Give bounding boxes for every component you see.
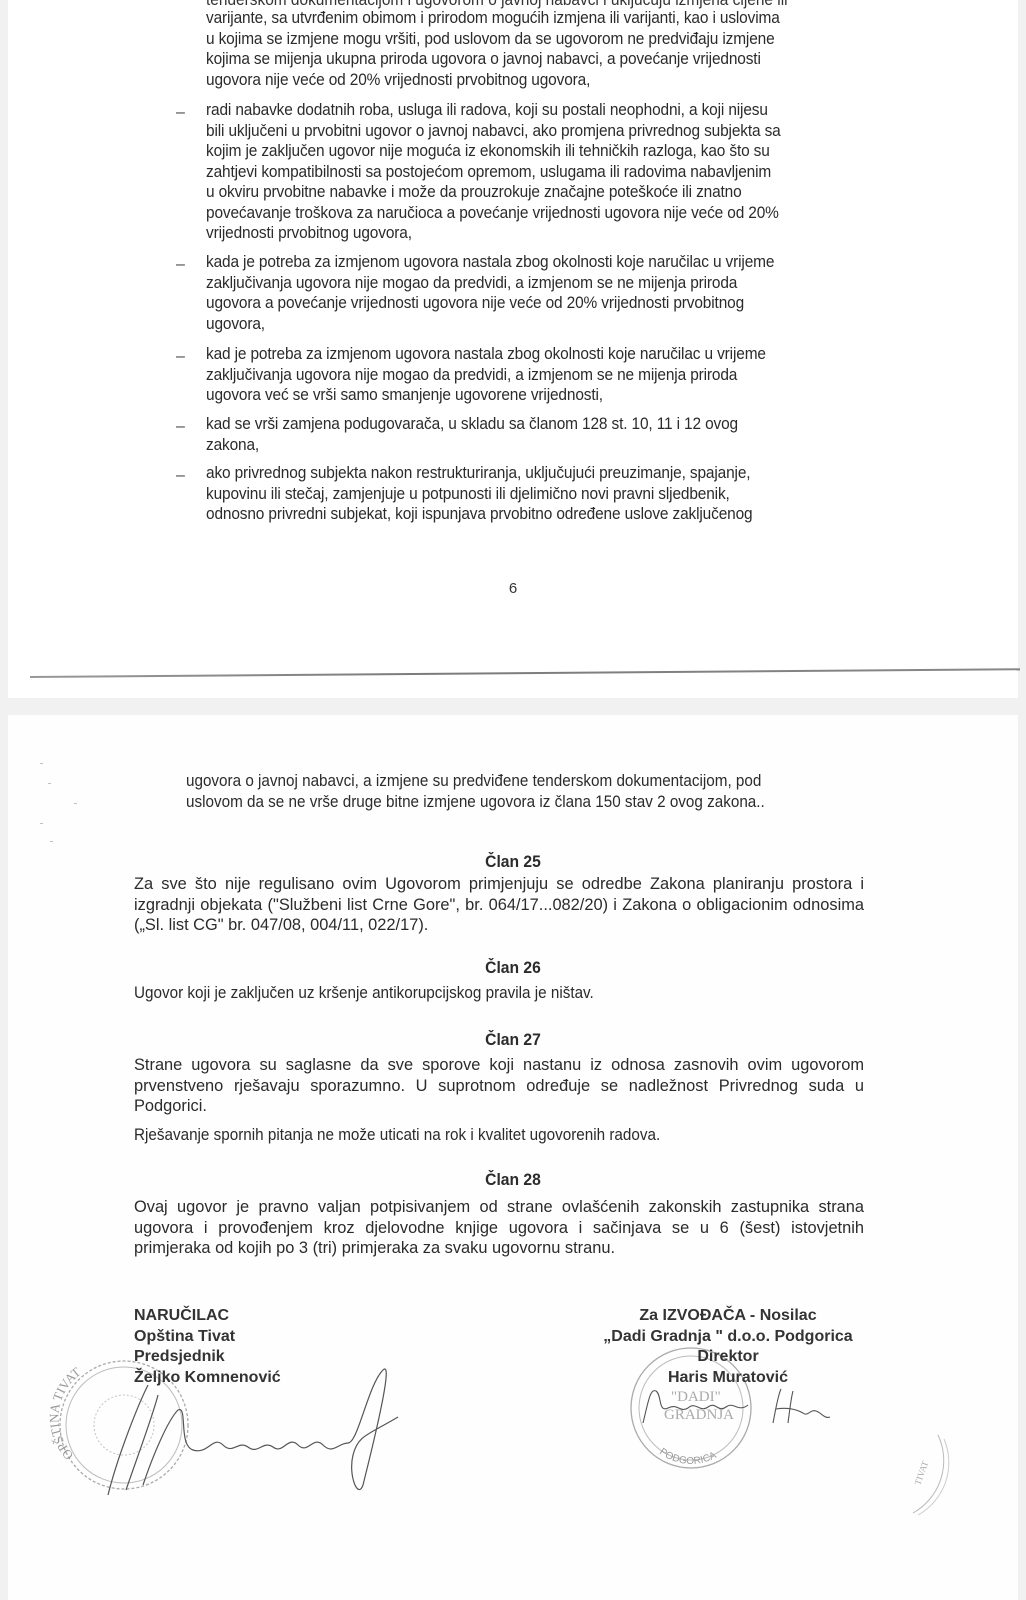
article-paragraph: Ugovor koji je zaključen uz kršenje anti… [134,983,841,1004]
continuation-paragraph: varijante, sa utvrđenim obimom i prirodo… [206,8,857,90]
article-heading: Član 25 [48,852,977,872]
text-line: zahtjevi kompatibilnosti sa postojećom o… [206,162,857,183]
text-line: bili uključeni u prvobitni ugovor o javn… [206,121,857,142]
svg-text:OPŠTINA TIVAT: OPŠTINA TIVAT [46,1364,83,1463]
signatory-role: Za IZVOĐAČA - Nosilac [568,1306,888,1327]
continuation-paragraph: ugovora o javnoj nabavci, a izmjene su p… [186,771,856,812]
text-line: varijante, sa utvrđenim obimom i prirodo… [206,8,857,29]
scan-speck [74,803,77,804]
text-line: ugovora o javnoj nabavci, a izmjene su p… [186,771,856,792]
scan-speck [48,783,51,784]
text-line: kad se vrši zamjena podugovarača, u skla… [206,414,857,435]
text-line: kad je potreba za izmjenom ugovora nasta… [206,344,857,365]
article-heading: Član 28 [48,1170,977,1190]
dash-bullet-marker: – [176,104,185,122]
handwritten-signature-icon [638,1383,838,1433]
svg-text:PODGORICA: PODGORICA [657,1446,718,1467]
scan-speck [40,763,43,764]
scan-speck [50,841,53,842]
scan-speck [40,823,43,824]
text-line: uslovom da se ne vrše druge bitne izmjen… [186,792,856,813]
page-divider-line [30,668,1020,678]
text-line: zakona, [206,435,857,456]
article-paragraph: Rješavanje spornih pitanja ne može utica… [134,1125,841,1146]
text-line: zaključivanja ugovora nije mogao da pred… [206,273,857,294]
text-line: u kojima se izmjene mogu vršiti, pod usl… [206,29,857,50]
handwritten-signature-icon [98,1365,418,1505]
signatory-role: NARUČILAC [134,1306,281,1327]
svg-text:TIVAT: TIVAT [912,1459,930,1486]
text-line: ugovora, [206,314,857,335]
text-line: radi nabavke dodatnih roba, usluga ili r… [206,100,857,121]
text-line: ako privrednog subjekta nakon restruktur… [206,463,857,484]
text-line: zaključivanja ugovora nije mogao da pred… [206,365,857,386]
dash-bullet-marker: – [176,256,185,274]
signatory-organization: Opština Tivat [134,1327,281,1348]
dash-bullet-marker: – [176,348,185,366]
signatory-organization: „Dadi Gradnja " d.o.o. Podgorica [568,1327,888,1348]
bullet-item: kad je potreba za izmjenom ugovora nasta… [206,344,857,406]
document-page-6: tenderskom dokumentacijom i ugovorom o j… [8,0,1018,698]
dash-bullet-marker: – [176,418,185,436]
article-heading: Član 26 [48,958,977,978]
text-line: ugovora već se vrši samo smanjenje ugovo… [206,385,857,406]
article-paragraph: Strane ugovora su saglasne da sve sporov… [134,1055,864,1117]
document-page-7: ugovora o javnoj nabavci, a izmjene su p… [8,715,1018,1600]
text-line: kupovinu ili stečaj, zamjenjuje u potpun… [206,484,857,505]
page-number: 6 [8,580,1018,597]
text-line: kojima se mijenja ukupna priroda ugovora… [206,49,857,70]
signatory-title: Direktor [568,1347,888,1368]
text-line: povećavanje troškova za naručioca a pove… [206,203,857,224]
text-line: vrijednosti prvobitnog ugovora, [206,223,857,244]
text-line: ugovora a povećanje vrijednosti ugovora … [206,293,857,314]
stamp-fragment-icon: TIVAT [908,1435,958,1515]
bullet-item: ako privrednog subjekta nakon restruktur… [206,463,857,525]
text-line: kojim je zaključen ugovor nije moguća iz… [206,141,857,162]
article-heading: Član 27 [48,1030,977,1050]
contractor-signature-block: Za IZVOĐAČA - Nosilac „Dadi Gradnja " d.… [568,1306,888,1388]
text-line: u okviru prvobitne nabavke i može da pro… [206,182,857,203]
bullet-item: radi nabavke dodatnih roba, usluga ili r… [206,100,857,244]
text-line: ugovora nije veće od 20% vrijednosti prv… [206,70,857,91]
article-paragraph: Za sve što nije regulisano ovim Ugovorom… [134,874,864,936]
bullet-item: kad se vrši zamjena podugovarača, u skla… [206,414,857,455]
dash-bullet-marker: – [176,467,185,485]
text-line: kada je potreba za izmjenom ugovora nast… [206,252,857,273]
article-paragraph: Ovaj ugovor je pravno valjan potpisivanj… [134,1197,864,1259]
bullet-item: kada je potreba za izmjenom ugovora nast… [206,252,857,334]
text-line: odnosno privredni subjekat, koji ispunja… [206,504,857,525]
